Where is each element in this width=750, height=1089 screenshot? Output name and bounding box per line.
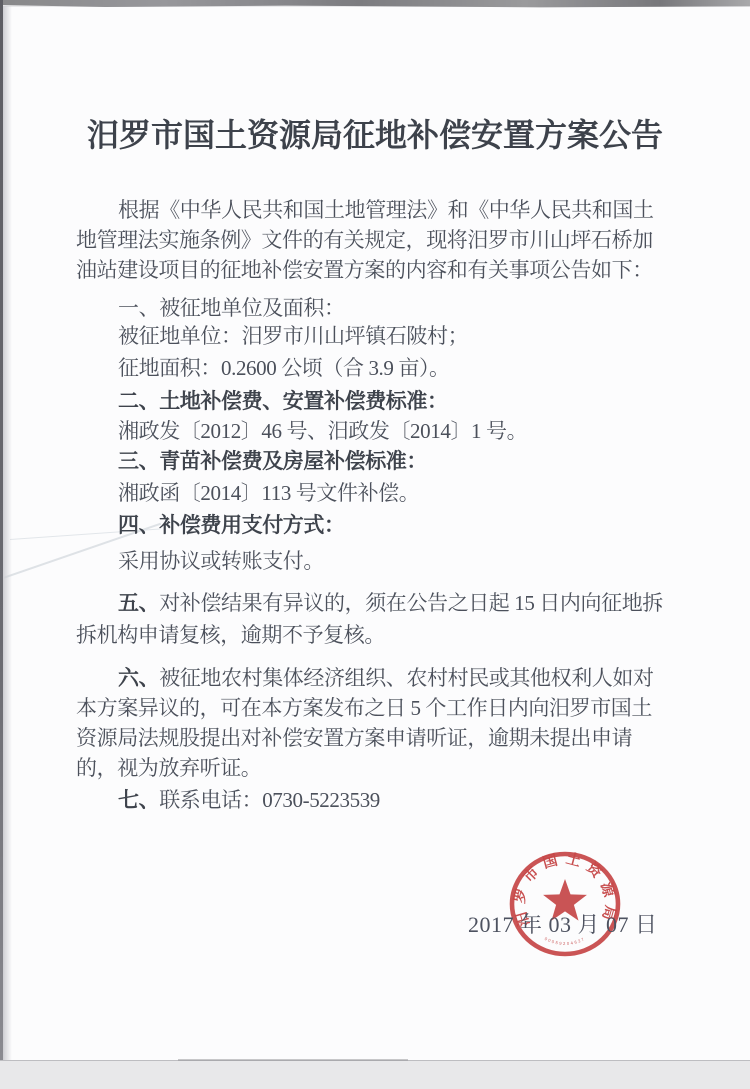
doc-line-text-segment: 征地面积：0.2600 公顷（合 3.9 亩）。 [118, 356, 450, 380]
document-title: 汨罗市国土资源局征地补偿安置方案公告 [0, 110, 750, 156]
date-line: 2017 年 03 月 07 日 [468, 908, 658, 939]
doc-line-heading-segment: 六、 [118, 667, 159, 690]
scan-edge-bottom [0, 1060, 750, 1089]
doc-line: 二、土地补偿费、安置补偿费标准： [76, 388, 728, 415]
doc-line: 湘政发〔2012〕46 号、汨政发〔2014〕1 号。 [76, 418, 728, 445]
official-seal-stamp: 汨罗市国土资源局 00059204627 [506, 848, 624, 960]
doc-line-text-segment: 湘政函〔2014〕113 号文件补偿。 [118, 481, 419, 505]
doc-line-heading-segment: 五、 [118, 592, 159, 615]
doc-line-text-segment: 拆机构申请复核，逾期不予复核。 [76, 623, 385, 647]
doc-line: 的，视为放弃听证。 [76, 755, 686, 782]
doc-line-heading-segment: 四、补偿费用支付方式： [118, 514, 345, 537]
doc-line-text-segment: 采用协议或转账支付。 [118, 549, 324, 573]
doc-line: 本方案异议的，可在本方案发布之日 5 个工作日内向汨罗市国土 [76, 695, 686, 722]
doc-line-text-segment: 一、被征地单位及面积： [118, 296, 345, 320]
doc-line-text-segment: 油站建设项目的征地补偿安置方案的内容和有关事项公告如下： [76, 258, 653, 282]
doc-line: 一、被征地单位及面积： [76, 295, 728, 322]
doc-line: 三、青苗补偿费及房屋补偿标准： [76, 448, 728, 475]
doc-line-text-segment: 被征地单位：汨罗市川山坪镇石陂村； [118, 324, 468, 348]
doc-line: 六、被征地农村集体经济组织、农村村民或其他权利人如对 [76, 665, 728, 692]
doc-line: 根据《中华人民共和国土地管理法》和《中华人民共和国土 [76, 197, 728, 224]
doc-line: 资源局法规股提出对补偿安置方案申请听证，逾期未提出申请 [76, 725, 686, 752]
scan-edge-left [0, 0, 3, 1061]
doc-line-heading-segment: 七、 [118, 789, 159, 812]
doc-line-text-segment: 根据《中华人民共和国土地管理法》和《中华人民共和国土 [118, 198, 654, 222]
scan-edge-mark [178, 1059, 408, 1061]
doc-line: 五、对补偿结果有异议的，须在公告之日起 15 日内向征地拆 [76, 590, 728, 617]
doc-line-text-segment: 资源局法规股提出对补偿安置方案申请听证，逾期未提出申请 [76, 726, 632, 750]
scan-edge-left-shadow [3, 6, 12, 1061]
doc-line-text-segment: 的，视为放弃听证。 [76, 756, 261, 780]
doc-line: 七、联系电话：0730-5223539 [76, 787, 728, 814]
doc-line-heading-segment: 三、青苗补偿费及房屋补偿标准： [118, 450, 427, 473]
doc-line-text-segment: 对补偿结果有异议的，须在公告之日起 15 日内向征地拆 [159, 591, 663, 615]
doc-line-text-segment: 湘政发〔2012〕46 号、汨政发〔2014〕1 号。 [118, 419, 527, 443]
doc-line-text-segment: 地管理法实施条例》文件的有关规定，现将汨罗市川山坪石桥加 [76, 228, 653, 252]
doc-line: 采用协议或转账支付。 [76, 548, 728, 575]
doc-line-heading-segment: 二、土地补偿费、安置补偿费标准： [118, 390, 448, 413]
doc-line: 四、补偿费用支付方式： [76, 512, 728, 539]
doc-line: 被征地单位：汨罗市川山坪镇石陂村； [76, 323, 728, 350]
doc-line: 征地面积：0.2600 公顷（合 3.9 亩）。 [76, 355, 728, 382]
doc-line-text-segment: 被征地农村集体经济组织、农村村民或其他权利人如对 [159, 666, 653, 690]
doc-line-text-segment: 本方案异议的，可在本方案发布之日 5 个工作日内向汨罗市国土 [76, 696, 652, 720]
doc-line: 拆机构申请复核，逾期不予复核。 [76, 622, 686, 649]
doc-line: 湘政函〔2014〕113 号文件补偿。 [76, 480, 728, 507]
doc-line: 地管理法实施条例》文件的有关规定，现将汨罗市川山坪石桥加 [76, 227, 686, 254]
doc-line-text-segment: 联系电话：0730-5223539 [159, 788, 380, 812]
doc-line: 油站建设项目的征地补偿安置方案的内容和有关事项公告如下： [76, 257, 686, 284]
